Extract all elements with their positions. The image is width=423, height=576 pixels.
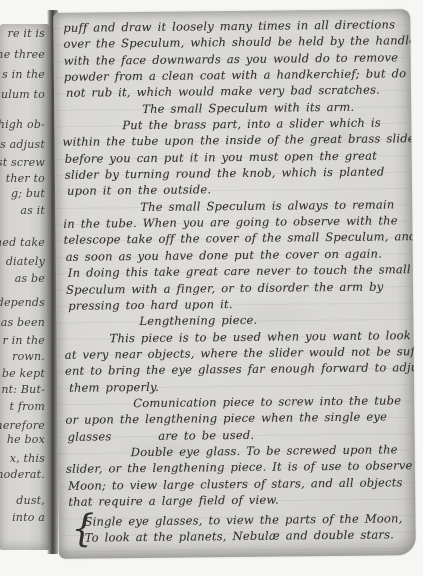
left-page-fragment: its adjust bbox=[0, 138, 45, 151]
brace-group: { Single eye glasses, to view the parts … bbox=[74, 511, 402, 545]
left-page-fragment: hed take bbox=[0, 236, 45, 249]
left-page-fragment: nt: But- bbox=[1, 383, 45, 396]
left-page-fragment: diately bbox=[6, 255, 45, 268]
left-page-fragment: e moderat. bbox=[0, 468, 45, 481]
left-page-fragment: st screw bbox=[0, 156, 45, 169]
manuscript-page: puff and draw it loosely many times in a… bbox=[53, 9, 416, 559]
left-page-fragment: the three bbox=[0, 48, 45, 61]
left-page-fragment: r in the bbox=[3, 334, 45, 347]
left-page-fragment: into a bbox=[12, 511, 45, 524]
left-page-fragment: Therefore bbox=[0, 419, 45, 432]
left-page-fragment: as be bbox=[15, 272, 45, 285]
left-page-fragment: ther to bbox=[6, 172, 45, 185]
left-page-fragment: he box bbox=[7, 433, 45, 446]
left-page-fragment: has been bbox=[0, 316, 45, 329]
left-page-fragment: depends bbox=[0, 296, 45, 309]
left-page-fragment: s in the bbox=[2, 68, 45, 81]
facing-page-edge: re it isthe threes in theulum tohigh ob-… bbox=[0, 24, 50, 550]
left-page-fragment: high ob- bbox=[0, 118, 45, 131]
left-page-fragment: as it bbox=[20, 204, 45, 217]
left-page-fragment: dust, bbox=[16, 494, 45, 507]
manuscript-line: To look at the planets, Nebulæ and doubl… bbox=[85, 527, 403, 546]
left-page-fragment: re it is bbox=[8, 27, 45, 40]
left-page-fragment: g; but bbox=[11, 187, 45, 200]
left-page-fragment: x, this bbox=[10, 452, 45, 465]
left-page-fragment: be kept bbox=[2, 367, 45, 380]
photo: re it isthe threes in theulum tohigh ob-… bbox=[0, 0, 423, 576]
curly-brace-glyph: { bbox=[71, 510, 94, 550]
left-page-fragment: ulum to bbox=[1, 88, 45, 101]
manuscript-text: puff and draw it loosely many times in a… bbox=[53, 16, 415, 510]
left-page-fragment: rown. bbox=[12, 350, 45, 363]
left-page-fragment: t from bbox=[10, 400, 46, 413]
